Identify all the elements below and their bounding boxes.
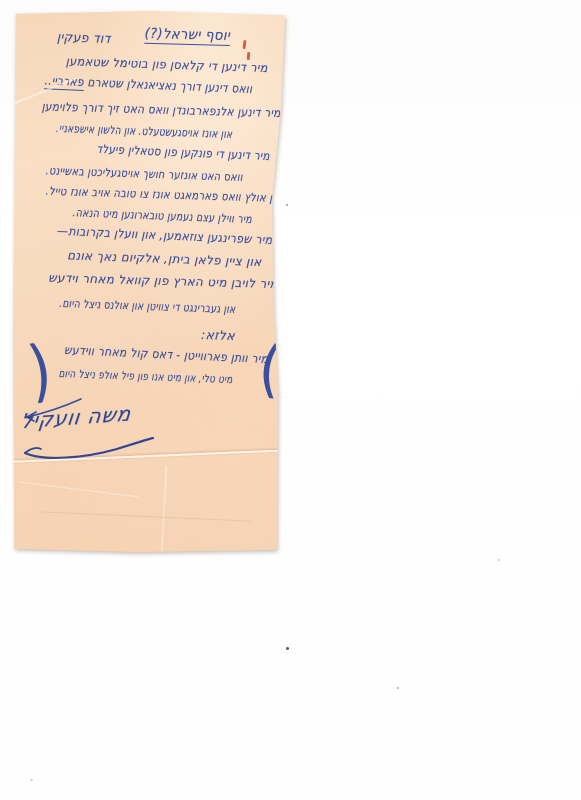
- letter-paper: יוסף ישראל(?) דוד פעקין מיר דינען די קלא…: [13, 11, 287, 552]
- letter-line: מיר דינען די פונקען פון סטאלין פיעלד: [96, 142, 270, 163]
- letter-line: מיר דינען די קלאסן פון בוטימל שטאמען: [66, 54, 268, 75]
- header-addressee: יוסף ישראל(?): [144, 26, 230, 44]
- letter-line: מיר לויבן מיט הארץ פון קוואל מאחר וידעש: [48, 271, 278, 291]
- fold-crease: [41, 511, 251, 521]
- letter-paper-wrap: יוסף ישראל(?) דוד פעקין מיר דינען די קלא…: [13, 11, 287, 552]
- red-ink-mark: [242, 40, 246, 49]
- dust-speck: [286, 204, 288, 206]
- signature-flourish: [21, 435, 157, 461]
- letter-line-text: וואס דינען דורך נאציאנאלן שטארם: [87, 75, 252, 96]
- fold-crease: [161, 466, 167, 556]
- letter-line: און ציין פלאן ביתן, אלקיום נאך אונם: [67, 248, 262, 269]
- letter-line: און אולץ וואס פארמאגט אונז צו טובה אויב …: [45, 184, 282, 205]
- header-name: דוד פעקין: [56, 30, 110, 47]
- closing-word: אלזא:: [201, 327, 235, 343]
- red-ink-mark: [247, 52, 250, 60]
- dust-speck: [498, 559, 500, 561]
- letter-line: און אונז אויסגעשטעלט. און הלשון אישפאניי…: [55, 121, 232, 141]
- paren-note-line: מיר וותן פארווייטן - דאס קול מאחר ווידעש: [63, 343, 268, 366]
- dust-speck: [397, 687, 399, 689]
- letter-line: און געברינגט די צוויטן און אולנס ניצל הי…: [59, 296, 236, 316]
- paren-note-line: מיט טלי, און מיט אנו פון פיל אולפ ניצל ה…: [58, 367, 232, 386]
- letter-line: מיר דינען אלנפארבונדן וואס האט זיך דורך …: [42, 99, 281, 120]
- dust-speck: [30, 779, 33, 781]
- fold-crease: [19, 482, 138, 498]
- letter-line-underlined-word: פארביי..: [44, 73, 84, 91]
- letter-line: וואס דינען דורך נאציאנאלן שטארם פארביי..: [44, 73, 252, 96]
- header-addressee-text: יוסף ישראל(?): [144, 26, 230, 46]
- letter-line: מיר ווילן עצם נעמען טובארונען מיט הנאה.: [72, 205, 252, 226]
- letter-line: וואס האט אונזער חושך אויסגעליכטן באשיינט…: [46, 163, 243, 184]
- close-parenthesis: ): [256, 338, 284, 402]
- letter-line: מיר שפרינגען צוזאמען, און וועלן בקרובות—: [56, 224, 272, 247]
- dust-speck: [286, 647, 289, 650]
